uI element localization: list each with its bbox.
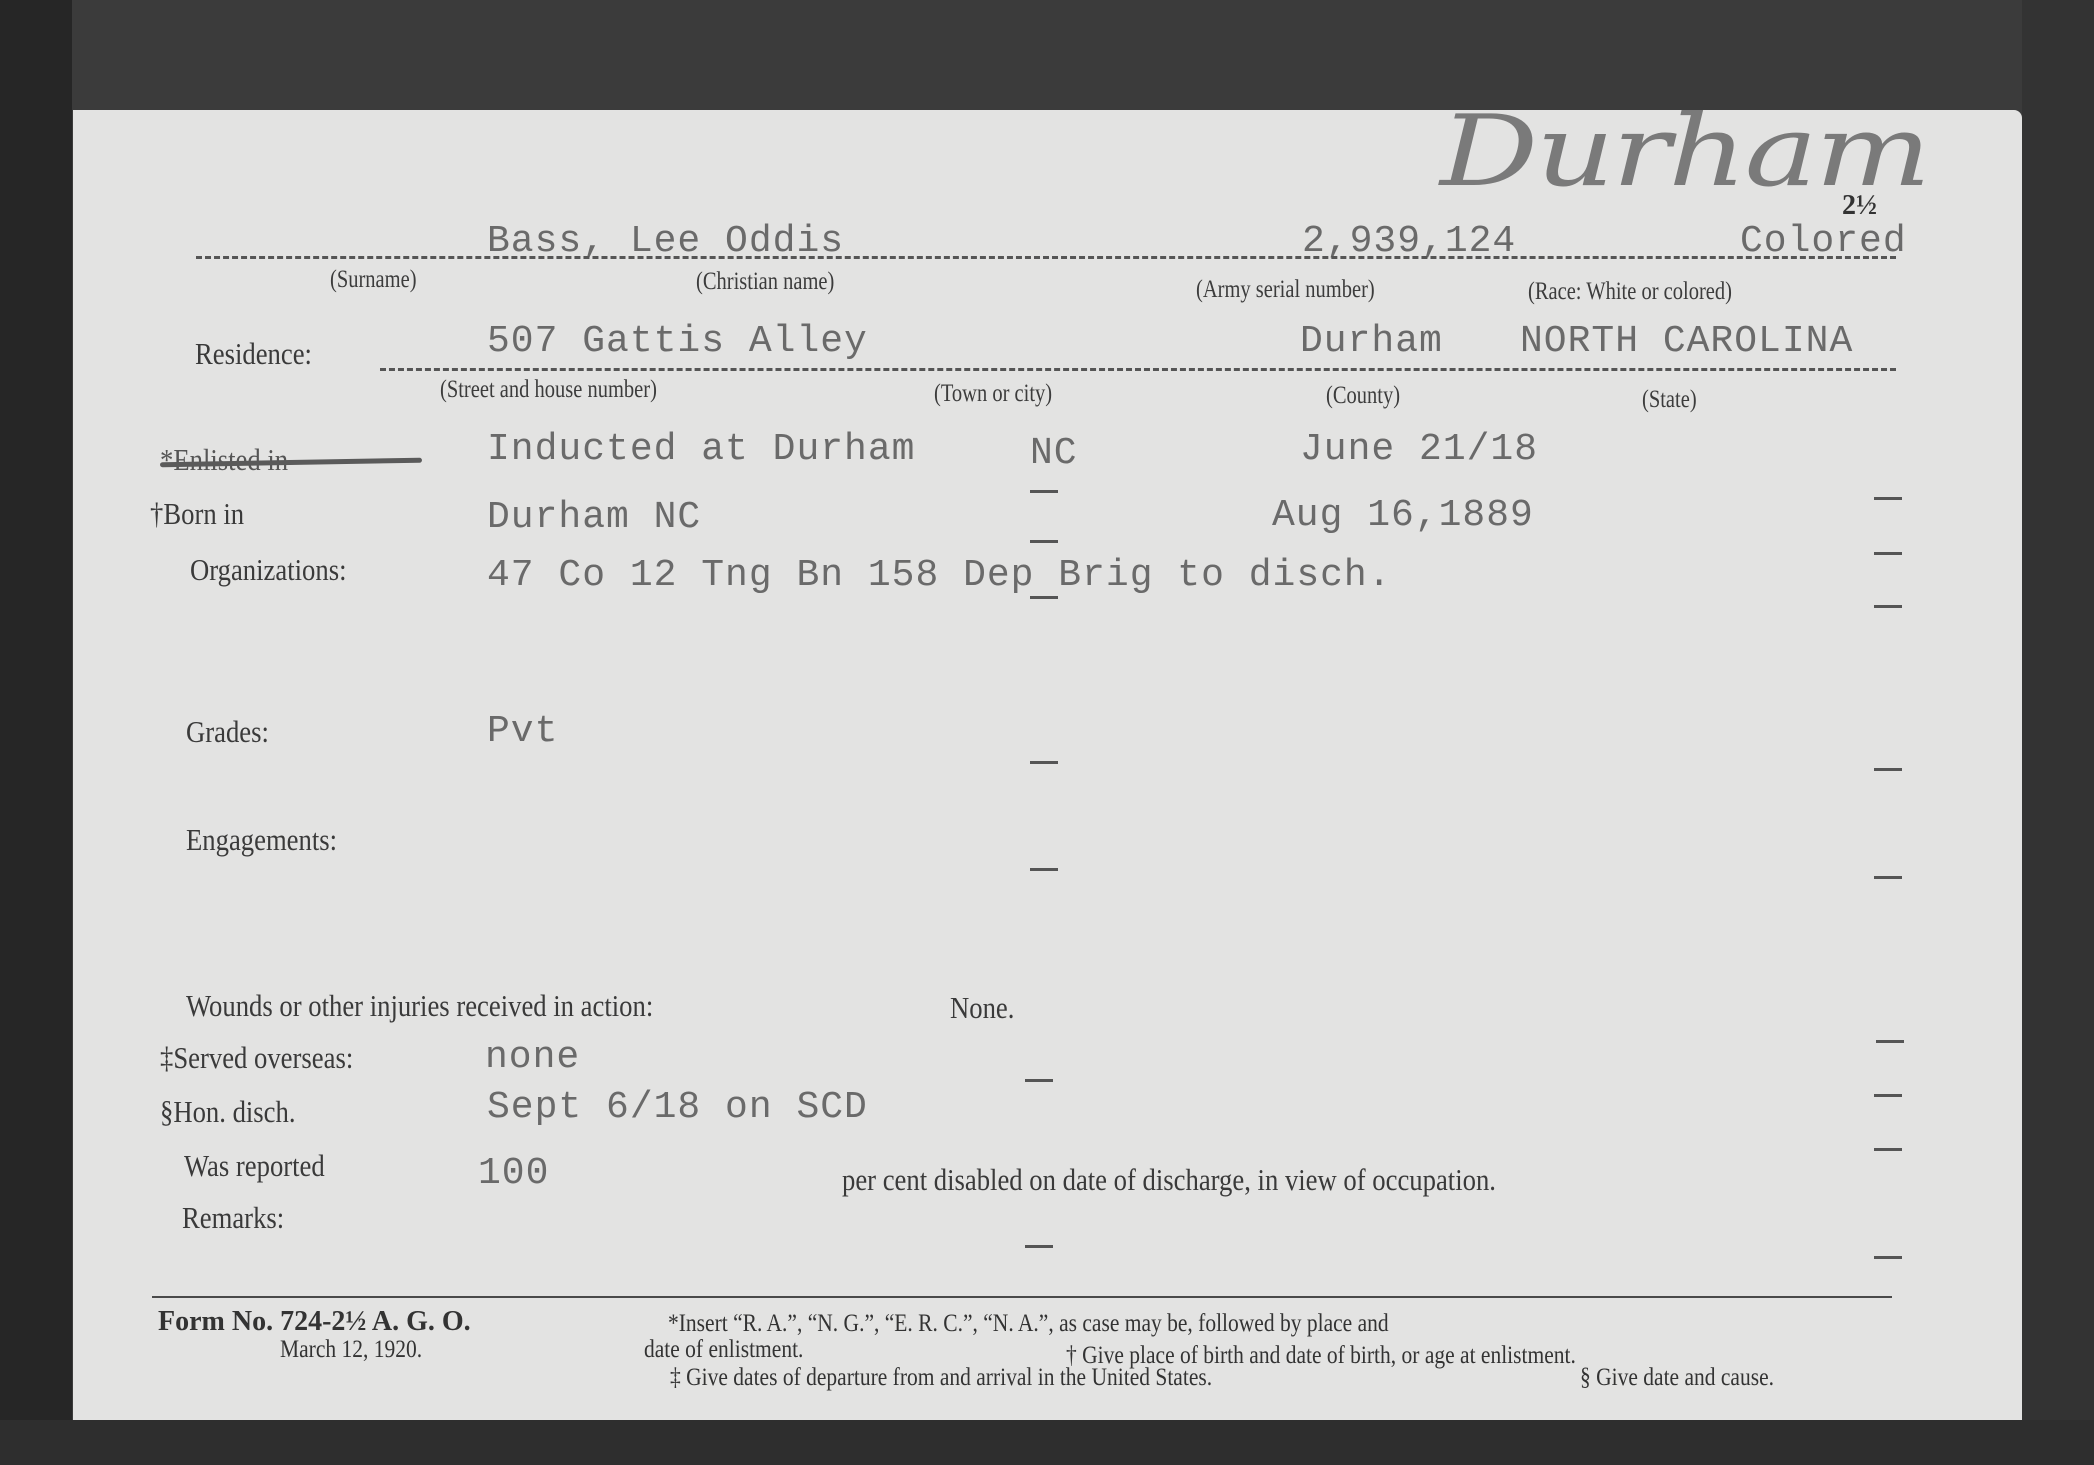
service-record-card bbox=[73, 110, 2022, 1420]
scanner-left-edge bbox=[0, 0, 72, 1465]
label-state: (State) bbox=[1642, 386, 1697, 414]
footnote-insert: *Insert “R. A.”, “N. G.”, “E. R. C.”, “N… bbox=[668, 1310, 1389, 1338]
tick-mark bbox=[1874, 1094, 1902, 1097]
typed-grade: Pvt bbox=[487, 710, 558, 753]
label-born-in: †Born in bbox=[150, 496, 244, 532]
typed-county: Durham bbox=[1300, 320, 1443, 363]
footnote-insert-cont: date of enlistment. bbox=[644, 1336, 803, 1364]
label-army-serial-number: (Army serial number) bbox=[1196, 276, 1375, 304]
typed-birth-date: Aug 16,1889 bbox=[1272, 494, 1534, 537]
tick-mark bbox=[1874, 876, 1902, 879]
tick-mark bbox=[1874, 768, 1902, 771]
form-date: March 12, 1920. bbox=[280, 1336, 422, 1364]
tick-mark bbox=[1025, 1079, 1053, 1082]
label-race: (Race: White or colored) bbox=[1528, 278, 1732, 306]
typed-discharge: Sept 6/18 on SCD bbox=[487, 1086, 868, 1129]
label-engagements: Engagements: bbox=[186, 822, 337, 858]
tick-mark bbox=[1874, 605, 1902, 608]
footnote-overseas: ‡ Give dates of departure from and arriv… bbox=[670, 1364, 1212, 1392]
form-number: Form No. 724-2½ A. G. O. bbox=[158, 1306, 471, 1338]
name-dashed-line bbox=[196, 256, 1896, 259]
tick-mark bbox=[1030, 596, 1058, 599]
tick-mark bbox=[1030, 761, 1058, 764]
tick-mark bbox=[1030, 540, 1058, 543]
residence-dashed-line bbox=[380, 368, 1896, 371]
label-honorable-discharge: §Hon. disch. bbox=[160, 1094, 296, 1130]
label-street: (Street and house number) bbox=[440, 376, 657, 404]
label-wounds: Wounds or other injuries received in act… bbox=[186, 988, 653, 1024]
footer-rule bbox=[152, 1296, 1892, 1298]
label-town: (Town or city) bbox=[934, 380, 1052, 408]
typed-organizations: 47 Co 12 Tng Bn 158 Dep Brig to disch. bbox=[487, 554, 1392, 597]
typed-state: NORTH CAROLINA bbox=[1520, 320, 1853, 363]
tick-mark bbox=[1874, 1256, 1902, 1259]
label-surname: (Surname) bbox=[330, 266, 417, 294]
label-served-overseas: ‡Served overseas: bbox=[160, 1040, 353, 1076]
typed-street: 507 Gattis Alley bbox=[487, 320, 868, 363]
scanner-right-edge bbox=[2022, 0, 2094, 1465]
tick-mark bbox=[1025, 1245, 1053, 1248]
tick-mark bbox=[1030, 868, 1058, 871]
tick-mark bbox=[1874, 497, 1902, 500]
footnote-discharge: § Give date and cause. bbox=[1580, 1364, 1774, 1392]
label-remarks: Remarks: bbox=[182, 1200, 284, 1236]
label-residence: Residence: bbox=[195, 336, 312, 372]
typed-induction-place: Inducted at Durham bbox=[487, 428, 915, 471]
scanner-bottom-edge bbox=[0, 1420, 2094, 1465]
label-grades: Grades: bbox=[186, 714, 269, 750]
tick-mark bbox=[1874, 552, 1902, 555]
typed-overseas: none bbox=[485, 1036, 580, 1079]
label-christian-name: (Christian name) bbox=[696, 268, 834, 296]
tick-mark bbox=[1030, 490, 1058, 493]
label-organizations: Organizations: bbox=[190, 552, 346, 588]
typed-birth-place: Durham NC bbox=[487, 496, 701, 539]
label-was-reported: Was reported bbox=[184, 1148, 325, 1184]
form-fraction: 2½ bbox=[1842, 190, 1877, 222]
typed-induction-date: June 21/18 bbox=[1300, 428, 1538, 471]
label-county: (County) bbox=[1326, 382, 1400, 410]
disability-suffix-text: per cent disabled on date of discharge, … bbox=[842, 1162, 1496, 1198]
tick-mark bbox=[1874, 1148, 1902, 1151]
typed-disability-percent: 100 bbox=[478, 1152, 549, 1195]
tick-mark bbox=[1876, 1040, 1904, 1043]
wounds-value: None. bbox=[950, 990, 1014, 1026]
typed-induction-state: NC bbox=[1030, 432, 1078, 475]
